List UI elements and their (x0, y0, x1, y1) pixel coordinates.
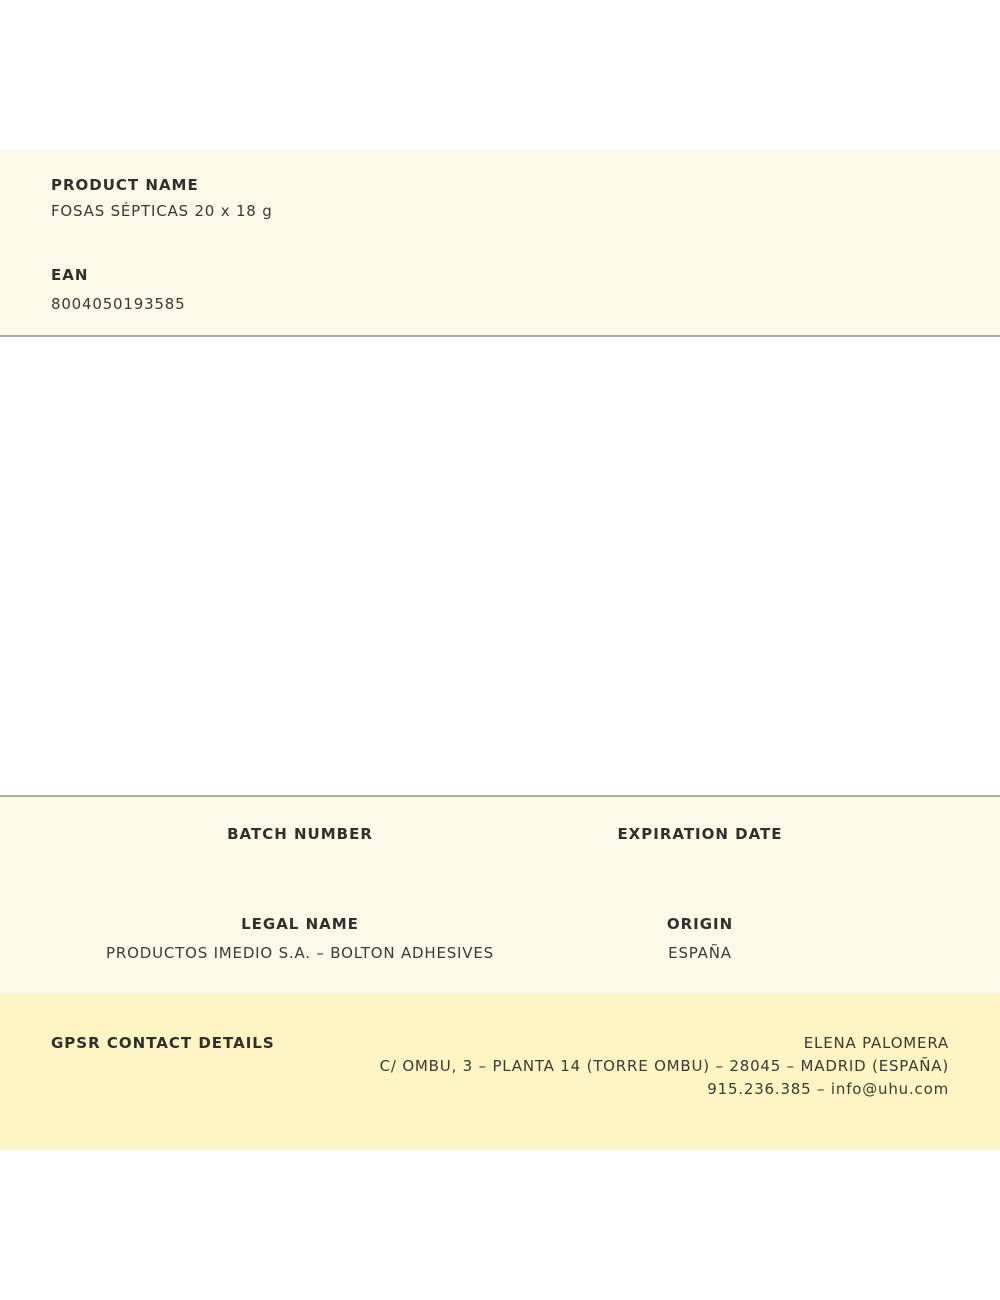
expiration-date-field: EXPIRATION DATE (500, 825, 900, 854)
product-name-value: FOSAS SÉPTICAS 20 x 18 g (51, 202, 273, 220)
expiration-date-label: EXPIRATION DATE (500, 825, 900, 843)
origin-label: ORIGIN (500, 915, 900, 933)
product-name-label: PRODUCT NAME (51, 176, 199, 194)
info-section: BATCH NUMBER EXPIRATION DATE LEGAL NAME … (0, 795, 1000, 996)
gpsr-contact-label: GPSR CONTACT DETAILS (51, 1034, 275, 1052)
origin-value: ESPAÑA (500, 944, 900, 962)
ean-label: EAN (51, 266, 88, 284)
gpsr-contact-details: ELENA PALOMERA C/ OMBU, 3 – PLANTA 14 (T… (380, 1034, 949, 1103)
gpsr-contact-section: GPSR CONTACT DETAILS ELENA PALOMERA C/ O… (0, 994, 1000, 1150)
gpsr-contact-name: ELENA PALOMERA (380, 1034, 949, 1052)
ean-value: 8004050193585 (51, 295, 185, 313)
origin-field: ORIGIN ESPAÑA (500, 915, 900, 962)
product-section: PRODUCT NAME FOSAS SÉPTICAS 20 x 18 g EA… (0, 150, 1000, 337)
